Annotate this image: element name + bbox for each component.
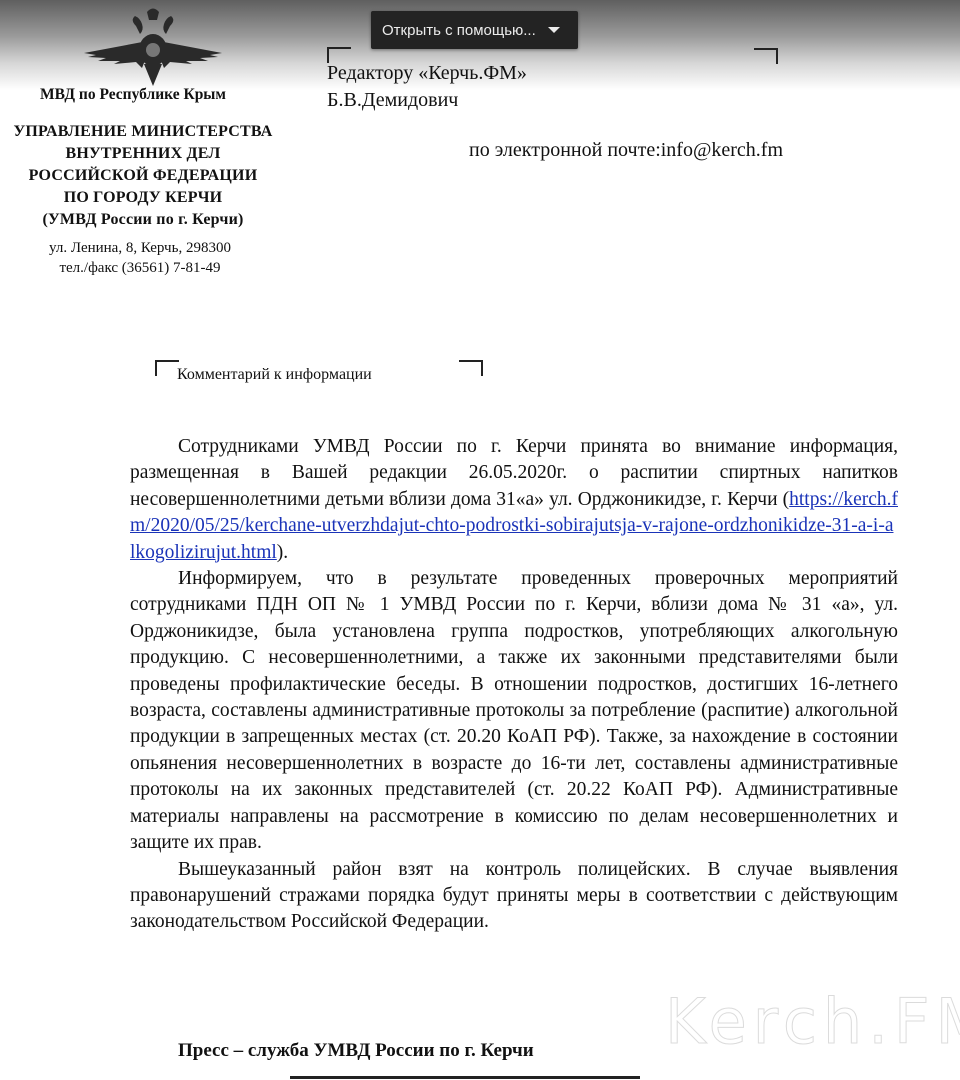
org-contact: ул. Ленина, 8, Керчь, 298300 тел./факс (… (20, 238, 260, 278)
subject-bracket-left (155, 360, 179, 376)
letter-body: Сотрудниками УМВД России по г. Керчи при… (130, 434, 898, 936)
recipient-name: Б.В.Демидович (327, 87, 527, 114)
recipient-bracket-right (754, 48, 778, 64)
paragraph-1-text: Сотрудниками УМВД России по г. Керчи при… (130, 436, 898, 510)
org-line: УПРАВЛЕНИЕ МИНИСТЕРСТВА (0, 121, 288, 143)
mvd-eagle-emblem-icon (76, 6, 230, 86)
recipient-email: по электронной почте:info@kerch.fm (469, 139, 783, 162)
paragraph-2: Информируем, что в результате проведенны… (130, 566, 898, 856)
org-region: МВД по Республике Крым (18, 86, 248, 104)
kerch-fm-watermark: Kerch.FM (665, 985, 960, 1058)
document-page: МВД по Республике Крым УПРАВЛЕНИЕ МИНИСТ… (0, 0, 960, 1080)
open-with-button[interactable]: Открыть с помощью... (371, 11, 578, 49)
org-line: ВНУТРЕННИХ ДЕЛ (0, 143, 288, 165)
org-phone: тел./факс (36561) 7-81-49 (20, 258, 260, 278)
dropdown-caret-icon (548, 27, 560, 33)
paragraph-1: Сотрудниками УМВД России по г. Керчи при… (130, 434, 898, 566)
org-name-block: УПРАВЛЕНИЕ МИНИСТЕРСТВА ВНУТРЕННИХ ДЕЛ Р… (0, 121, 288, 231)
recipient-block: Редактору «Керчь.ФМ» Б.В.Демидович (327, 60, 527, 114)
org-line: РОССИЙСКОЙ ФЕДЕРАЦИИ (0, 165, 288, 187)
org-address: ул. Ленина, 8, Керчь, 298300 (20, 238, 260, 258)
subject-bracket-right (459, 360, 483, 376)
org-line: ПО ГОРОДУ КЕРЧИ (0, 187, 288, 209)
signature-rule (290, 1076, 640, 1079)
signature: Пресс – служба УМВД России по г. Керчи (178, 1040, 534, 1062)
org-line: (УМВД России по г. Керчи) (0, 209, 288, 231)
paragraph-3: Вышеуказанный район взят на контроль пол… (130, 857, 898, 936)
subject-line: Комментарий к информации (177, 366, 372, 384)
recipient-title: Редактору «Керчь.ФМ» (327, 60, 527, 87)
open-with-label: Открыть с помощью... (382, 22, 536, 39)
paragraph-1-end: ). (277, 542, 288, 563)
